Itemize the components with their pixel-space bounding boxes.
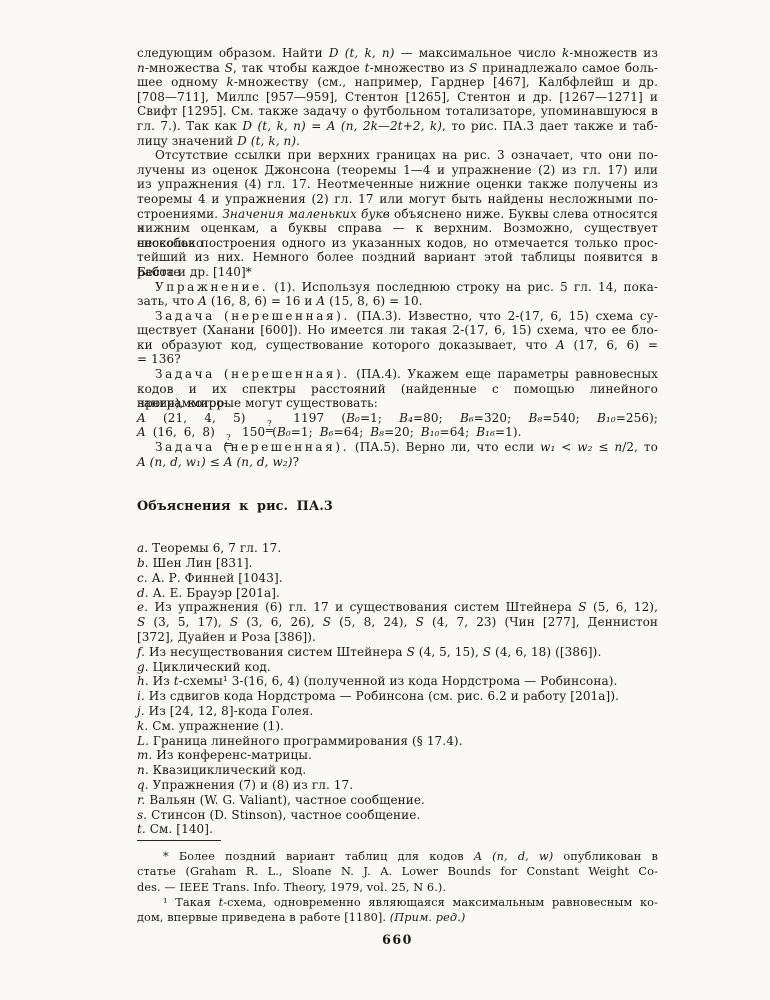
text-segment: d. xyxy=(137,586,149,600)
text-segment: B₁₆ xyxy=(476,425,495,439)
text-segment: S xyxy=(469,61,477,75)
text-line: Беста и др. [140]* xyxy=(137,265,658,280)
text-segment: L. xyxy=(137,734,149,748)
text-line: f. Из несуществования систем Штейнера S … xyxy=(137,645,658,660)
paragraph: Отсутствие ссылки при верхних границах н… xyxy=(137,148,658,279)
text-line: тейший из них. Немного более поздний вар… xyxy=(137,250,658,265)
text-line: лучены из оценок Джонсона (теоремы 1—4 и… xyxy=(137,163,658,178)
paragraph: A (21, 4, 5) ?= 1197 (B₀=1; B₄=80; B₆=32… xyxy=(137,411,658,440)
legend-item: c. А. Р. Финней [1043]. xyxy=(137,571,658,586)
text-segment: A xyxy=(198,294,207,308)
legend-item: L. Граница линейного программирования (§… xyxy=(137,734,658,749)
text-line: e. Из упражнения (6) гл. 17 и существова… xyxy=(137,600,658,615)
text-segment: r. xyxy=(137,793,145,807)
text-line: S (3, 5, 17), S (3, 6, 26), S (5, 8, 24)… xyxy=(137,615,658,630)
text-line: дом, впервые приведена в работе [1180]. … xyxy=(137,910,658,925)
text-segment: A xyxy=(137,411,146,425)
text-segment: S xyxy=(407,645,415,659)
text-segment: S xyxy=(416,615,424,629)
legend-item: a. Теоремы 6, 7 гл. 17. xyxy=(137,541,658,556)
text-line: t. См. [140]. xyxy=(137,822,658,837)
legend-item: b. Шен Лин [831]. xyxy=(137,556,658,571)
text-segment: A xyxy=(556,338,565,352)
text-segment: w₂ xyxy=(577,440,592,454)
text-line: зать, что A (16, 8, 6) = 16 и A (15, 8, … xyxy=(137,294,658,309)
paragraph: Задача (нерешенная). (ПА.3). Известно, ч… xyxy=(137,309,658,367)
text-line: = 136? xyxy=(137,352,658,367)
text-line: Задача (нерешенная). (ПА.4). Укажем еще … xyxy=(137,367,658,382)
text-line: n. Квазициклический код. xyxy=(137,763,658,778)
text-line: нижним оценкам, а буквы справа — к верхн… xyxy=(137,221,658,236)
legend-item: m. Из конференс-матрицы. xyxy=(137,748,658,763)
text-segment: k xyxy=(227,75,234,89)
text-line: A (n, d, w₁) ≤ A (n, d, w₂)? xyxy=(137,455,658,470)
text-segment: n xyxy=(614,440,622,454)
legend-item: j. Из [24, 12, 8]-кода Голея. xyxy=(137,704,658,719)
legend-item: d. А. Е. Брауэр [201a]. xyxy=(137,586,658,601)
text-segment: Задача (нерешенная). xyxy=(155,440,349,454)
text-line: из упражнения (4) гл. 17. Неотмеченные н… xyxy=(137,177,658,192)
text-line: j. Из [24, 12, 8]-кода Голея. xyxy=(137,704,658,719)
text-segment: t. xyxy=(137,822,146,836)
text-segment: B₄ xyxy=(399,411,413,425)
text-line: des. — IEEE Trans. Info. Theory, 1979, v… xyxy=(137,880,658,895)
text-line: * Более поздний вариант таблиц для кодов… xyxy=(137,849,658,864)
legend-item: i. Из сдвигов кода Нордстрома — Робинсон… xyxy=(137,689,658,704)
text-segment: t xyxy=(174,674,179,688)
text-line: строениями. Значения маленьких букв объя… xyxy=(137,207,658,222)
text-segment: S xyxy=(230,615,238,629)
text-line: h. Из t-схемы¹ 3-(16, 6, 4) (полученной … xyxy=(137,674,658,689)
text-line: A (16, 6, 8) ?= 150 (B₀=1; B₆=64; B₈=20;… xyxy=(137,425,658,440)
text-line: способов построения одного из указанных … xyxy=(137,236,658,251)
text-segment: (Прим. ред.) xyxy=(390,911,466,924)
text-segment: S xyxy=(225,61,233,75)
text-line: Задача (нерешенная). (ПА.3). Известно, ч… xyxy=(137,309,658,324)
text-line: ки образуют код, существование которого … xyxy=(137,338,658,353)
legend-item: t. См. [140]. xyxy=(137,822,658,837)
legend-item: s. Стинсон (D. Stinson), частное сообщен… xyxy=(137,808,658,823)
text-line: теоремы 4 и упражнения (2) гл. 17 или мо… xyxy=(137,192,658,207)
text-line: следующим образом. Найти D (t, k, n) — м… xyxy=(137,46,658,61)
text-segment: t xyxy=(365,61,370,75)
text-segment: m. xyxy=(137,748,152,762)
text-segment: i. xyxy=(137,689,145,703)
text-line: n-множества S, так чтобы каждое t-множес… xyxy=(137,61,658,76)
text-line: k. См. упражнение (1). xyxy=(137,719,658,734)
text-line: Задача (нерешенная). (ПА.5). Верно ли, ч… xyxy=(137,440,658,455)
text-segment: f. xyxy=(137,645,145,659)
text-segment: c. xyxy=(137,571,148,585)
text-line: статье (Graham R. L., Sloane N. J. A. Lo… xyxy=(137,864,658,879)
body-paragraphs: следующим образом. Найти D (t, k, n) — м… xyxy=(137,46,658,469)
legend-item: e. Из упражнения (6) гл. 17 и существова… xyxy=(137,600,658,644)
text-line: r. Вальян (W. G. Valiant), частное сообщ… xyxy=(137,793,658,808)
paragraph: Задача (нерешенная). (ПА.4). Укажем еще … xyxy=(137,367,658,411)
text-line: гл. 7.). Так как D (t, k, n) = A (n, 2k—… xyxy=(137,119,658,134)
text-segment: h. xyxy=(137,674,149,688)
text-line: a. Теоремы 6, 7 гл. 17. xyxy=(137,541,658,556)
text-line: ществует (Ханани [600]). Но имеется ли т… xyxy=(137,323,658,338)
text-segment: A (n, d, w₂) xyxy=(224,455,293,469)
text-segment: t xyxy=(219,896,224,909)
text-segment: w₁ xyxy=(540,440,555,454)
text-line: кодов и их спектры расстояний (найденные… xyxy=(137,382,658,397)
text-line: вания), которые могут существовать: xyxy=(137,396,658,411)
text-segment: A xyxy=(137,425,146,439)
text-segment: q. xyxy=(137,778,149,792)
paragraph: Задача (нерешенная). (ПА.5). Верно ли, ч… xyxy=(137,440,658,469)
text-line: [708—711], Миллс [957—959], Стентон [126… xyxy=(137,90,658,105)
text-line: i. Из сдвигов кода Нордстрома — Робинсон… xyxy=(137,689,658,704)
footnote: * Более поздний вариант таблиц для кодов… xyxy=(137,849,658,895)
text-segment: A (n, 2k—2t+2, k) xyxy=(327,119,442,133)
text-segment: Упражнение. xyxy=(155,280,268,294)
text-segment: Значения маленьких букв xyxy=(222,207,390,221)
text-segment: a. xyxy=(137,541,148,555)
text-line: q. Упражнения (7) и (8) из гл. 17. xyxy=(137,778,658,793)
document-page: следующим образом. Найти D (t, k, n) — м… xyxy=(0,0,770,1000)
text-segment: A (n, d, w) xyxy=(474,850,553,863)
text-segment: S xyxy=(483,645,491,659)
text-line: ¹ Такая t-схема, одновременно являющаяся… xyxy=(137,895,658,910)
text-segment: A xyxy=(316,294,325,308)
text-line: шее одному k-множеству (см., например, Г… xyxy=(137,75,658,90)
text-line: [372], Дуайен и Роза [386]). xyxy=(137,630,658,645)
text-segment: B₈ xyxy=(370,425,384,439)
text-segment: A (n, d, w₁) xyxy=(137,455,206,469)
text-line: A (21, 4, 5) ?= 1197 (B₀=1; B₄=80; B₆=32… xyxy=(137,411,658,426)
legend-item: h. Из t-схемы¹ 3-(16, 6, 4) (полученной … xyxy=(137,674,658,689)
text-line: Отсутствие ссылки при верхних границах н… xyxy=(137,148,658,163)
text-line: лицу значений D (t, k, n). xyxy=(137,134,658,149)
text-segment: j. xyxy=(137,704,145,718)
text-segment: e. xyxy=(137,600,148,614)
text-line: b. Шен Лин [831]. xyxy=(137,556,658,571)
legend-item: f. Из несуществования систем Штейнера S … xyxy=(137,645,658,660)
legend-item: r. Вальян (W. G. Valiant), частное сообщ… xyxy=(137,793,658,808)
text-segment: k. xyxy=(137,719,148,733)
text-line: m. Из конференс-матрицы. xyxy=(137,748,658,763)
text-segment: D (t, k, n) xyxy=(237,134,296,148)
text-line: c. А. Р. Финней [1043]. xyxy=(137,571,658,586)
text-segment: B₈ xyxy=(528,411,542,425)
text-segment: n. xyxy=(137,763,149,777)
text-line: d. А. Е. Брауэр [201a]. xyxy=(137,586,658,601)
text-segment: B₁₀ xyxy=(421,425,440,439)
text-line: g. Циклический код. xyxy=(137,660,658,675)
text-line: Свифт [1295]. См. также задачу о футболь… xyxy=(137,104,658,119)
footnote: ¹ Такая t-схема, одновременно являющаяся… xyxy=(137,895,658,925)
text-segment: Задача (нерешенная). xyxy=(155,309,350,323)
text-segment: B₀ xyxy=(346,411,360,425)
footnote-rule xyxy=(137,840,221,841)
legend-item: g. Циклический код. xyxy=(137,660,658,675)
text-segment: D (t, k, n) xyxy=(242,119,305,133)
text-segment: n xyxy=(137,61,145,75)
legend-list: a. Теоремы 6, 7 гл. 17.b. Шен Лин [831].… xyxy=(137,541,658,837)
text-segment: B₀ xyxy=(277,425,291,439)
text-segment: S xyxy=(578,600,586,614)
footnotes: * Более поздний вариант таблиц для кодов… xyxy=(137,840,658,925)
paragraph: Упражнение. (1). Используя последнюю стр… xyxy=(137,280,658,309)
text-segment: s. xyxy=(137,808,147,822)
text-line: Упражнение. (1). Используя последнюю стр… xyxy=(137,280,658,295)
text-segment: D (t, k, n) xyxy=(329,46,395,60)
text-segment: S xyxy=(323,615,331,629)
text-segment: B₆ xyxy=(460,411,474,425)
text-segment: S xyxy=(137,615,145,629)
text-segment: k xyxy=(562,46,569,60)
text-line: s. Стинсон (D. Stinson), частное сообщен… xyxy=(137,808,658,823)
text-line: L. Граница линейного программирования (§… xyxy=(137,734,658,749)
legend-item: k. См. упражнение (1). xyxy=(137,719,658,734)
text-column: следующим образом. Найти D (t, k, n) — м… xyxy=(137,46,658,948)
page-number: 660 xyxy=(137,933,658,948)
text-segment: B₆ xyxy=(320,425,334,439)
text-segment: B₁₀ xyxy=(597,411,616,425)
text-segment: Задача (нерешенная). xyxy=(155,367,350,381)
legend-item: n. Квазициклический код. xyxy=(137,763,658,778)
text-segment: b. xyxy=(137,556,149,570)
text-segment: g. xyxy=(137,660,149,674)
legend-item: q. Упражнения (7) и (8) из гл. 17. xyxy=(137,778,658,793)
section-heading: Объяснения к рис. ПА.3 xyxy=(137,499,658,515)
paragraph: следующим образом. Найти D (t, k, n) — м… xyxy=(137,46,658,148)
footnote-notes: * Более поздний вариант таблиц для кодов… xyxy=(137,849,658,925)
